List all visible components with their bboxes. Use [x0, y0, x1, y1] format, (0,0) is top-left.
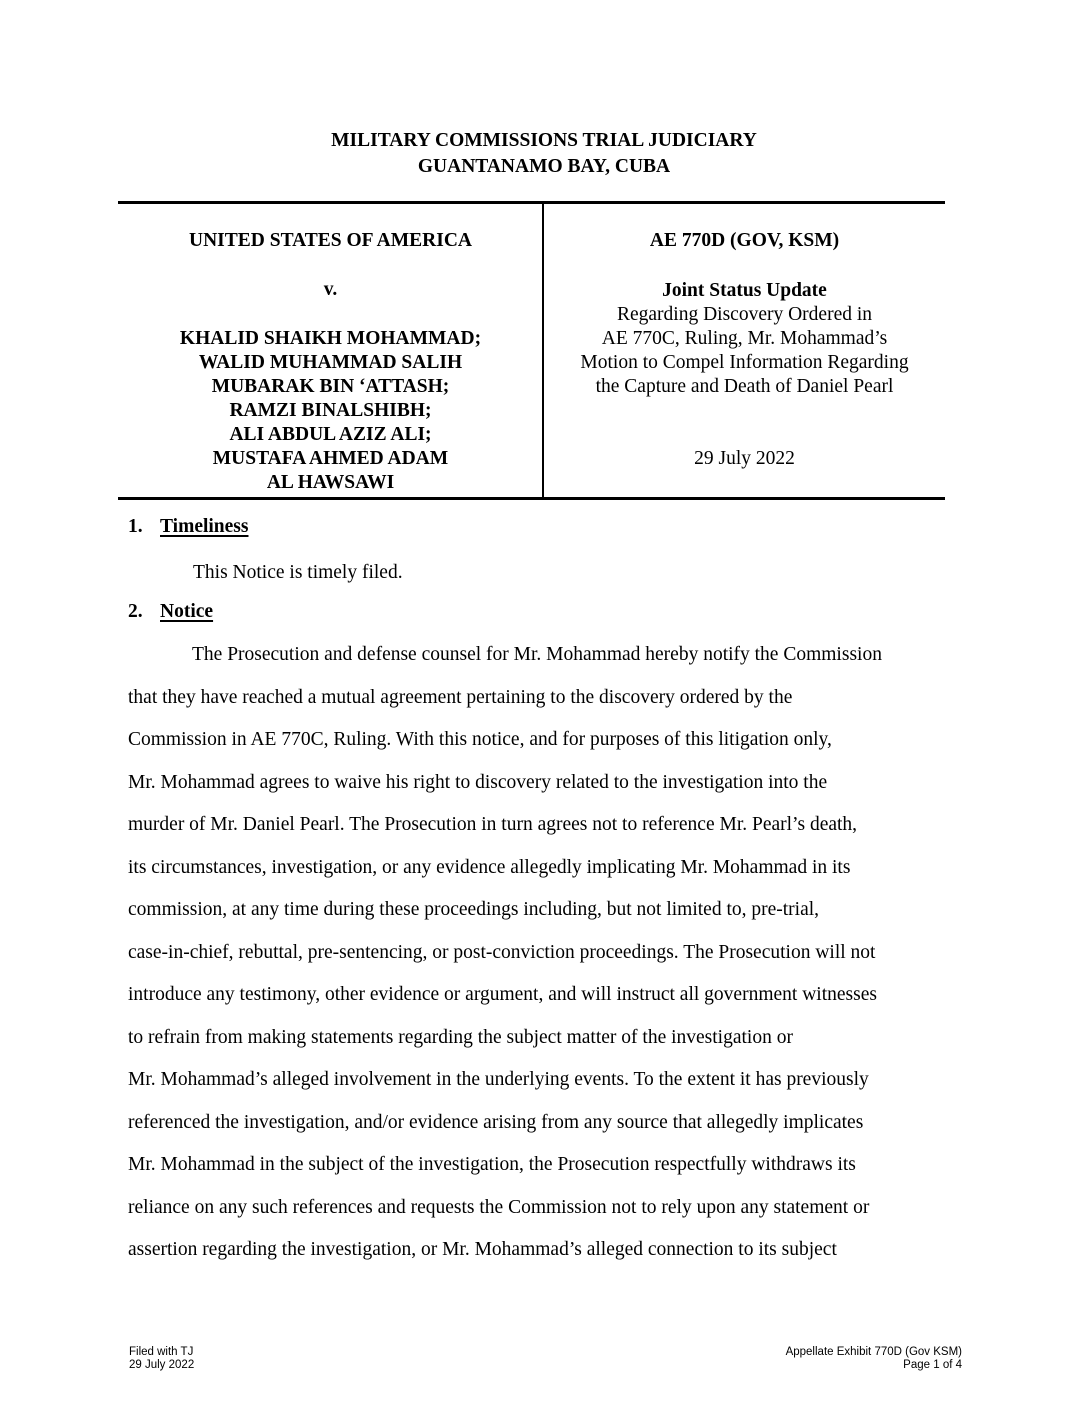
filing-subtitle-line: AE 770C, Ruling, Mr. Mohammad’s	[544, 327, 945, 351]
filing-date: 29 July 2022	[544, 447, 945, 471]
footer-exhibit-info: Appellate Exhibit 770D (Gov KSM) Page 1 …	[786, 1346, 962, 1372]
caption-bottom-rule	[118, 497, 945, 500]
defendant-line: MUSTAFA AHMED ADAM	[118, 447, 543, 471]
case-caption: UNITED STATES OF AMERICA v. KHALID SHAIK…	[118, 201, 945, 499]
plaintiff: UNITED STATES OF AMERICA	[118, 229, 543, 253]
notice-body: The Prosecution and defense counsel for …	[128, 643, 958, 1281]
section-title: Timeliness	[160, 516, 248, 537]
defendant-line: KHALID SHAIKH MOHAMMAD;	[118, 327, 543, 351]
body-line: reliance on any such references and requ…	[128, 1196, 958, 1239]
filing-title: Joint Status Update	[544, 279, 945, 303]
court-name: MILITARY COMMISSIONS TRIAL JUDICIARY	[0, 128, 1088, 154]
defendant-line: RAMZI BINALSHIBH;	[118, 399, 543, 423]
section-number: 2.	[128, 600, 160, 624]
caption-top-rule	[118, 201, 945, 204]
body-line: The Prosecution and defense counsel for …	[128, 643, 958, 686]
filing-subtitle-line: Regarding Discovery Ordered in	[544, 303, 945, 327]
parties-column: UNITED STATES OF AMERICA v. KHALID SHAIK…	[118, 229, 543, 495]
section-title: Notice	[160, 601, 213, 622]
defendant-line: ALI ABDUL AZIZ ALI;	[118, 423, 543, 447]
filing-column: AE 770D (GOV, KSM) Joint Status Update R…	[544, 229, 945, 471]
body-line: Commission in AE 770C, Ruling. With this…	[128, 728, 958, 771]
footer-filed-date: 29 July 2022	[129, 1359, 194, 1372]
filing-subtitle-line: the Capture and Death of Daniel Pearl	[544, 375, 945, 399]
body-line: case-in-chief, rebuttal, pre-sentencing,…	[128, 941, 958, 984]
versus: v.	[118, 278, 543, 302]
defendant-line: WALID MUHAMMAD SALIH	[118, 351, 543, 375]
body-line: its circumstances, investigation, or any…	[128, 856, 958, 899]
body-line: Mr. Mohammad’s alleged involvement in th…	[128, 1068, 958, 1111]
body-line: assertion regarding the investigation, o…	[128, 1238, 958, 1281]
body-line: murder of Mr. Daniel Pearl. The Prosecut…	[128, 813, 958, 856]
body-line: introduce any testimony, other evidence …	[128, 983, 958, 1026]
court-header: MILITARY COMMISSIONS TRIAL JUDICIARY GUA…	[0, 128, 1088, 180]
footer-filed-with: Filed with TJ	[129, 1346, 194, 1359]
section-timeliness-heading: 1.Timeliness	[128, 515, 248, 539]
document-page: MILITARY COMMISSIONS TRIAL JUDICIARY GUA…	[0, 0, 1088, 1408]
filing-subtitle-line: Motion to Compel Information Regarding	[544, 351, 945, 375]
timeliness-text: This Notice is timely filed.	[193, 561, 403, 585]
footer-exhibit-label: Appellate Exhibit 770D (Gov KSM)	[786, 1346, 962, 1359]
body-line: Mr. Mohammad agrees to waive his right t…	[128, 771, 958, 814]
defendant-line: MUBARAK BIN ‘ATTASH;	[118, 375, 543, 399]
body-line: to refrain from making statements regard…	[128, 1026, 958, 1069]
body-line: Mr. Mohammad in the subject of the inves…	[128, 1153, 958, 1196]
body-line: commission, at any time during these pro…	[128, 898, 958, 941]
court-location: GUANTANAMO BAY, CUBA	[0, 154, 1088, 180]
body-line: referenced the investigation, and/or evi…	[128, 1111, 958, 1154]
footer-filing-info: Filed with TJ 29 July 2022	[129, 1346, 194, 1372]
exhibit-number: AE 770D (GOV, KSM)	[544, 229, 945, 253]
footer-page-number: Page 1 of 4	[786, 1359, 962, 1372]
body-line: that they have reached a mutual agreemen…	[128, 686, 958, 729]
defendant-line: AL HAWSAWI	[118, 471, 543, 495]
section-notice-heading: 2.Notice	[128, 600, 213, 624]
section-number: 1.	[128, 515, 160, 539]
